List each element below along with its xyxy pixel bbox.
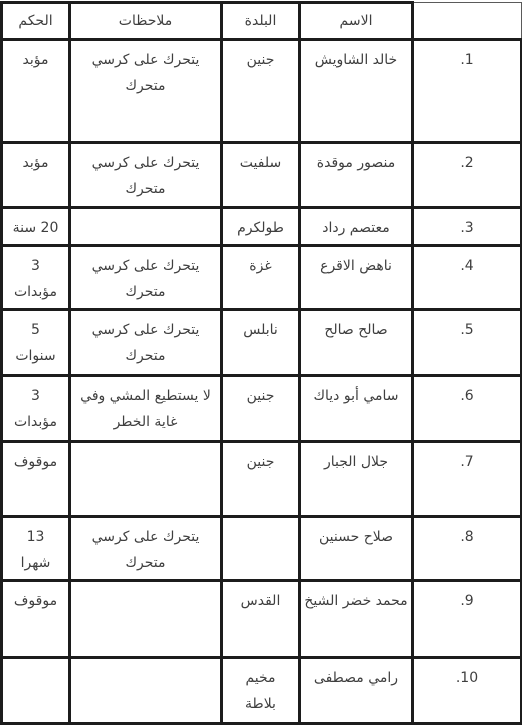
table-row: .9 محمد خضر الشيخ القدس موقوف — [1, 581, 521, 658]
cell-name: رامي مصطفى — [299, 658, 412, 724]
cell-name: معتصم رداد — [299, 208, 412, 246]
table-body: .1 خالد الشاويش جنين يتحرك على كرسي متحر… — [1, 40, 521, 724]
cell-notes: يتحرك على كرسي متحرك — [69, 517, 221, 581]
cell-notes: يتحرك على كرسي متحرك — [69, 40, 221, 143]
cell-name: صالح صالح — [299, 310, 412, 376]
cell-number: .4 — [412, 246, 521, 310]
cell-number: .9 — [412, 581, 521, 658]
cell-name: منصور موقدة — [299, 143, 412, 208]
cell-sentence: موقوف — [1, 581, 69, 658]
cell-number: .2 — [412, 143, 521, 208]
page: { "page": { "background_color": "#ffffff… — [0, 1, 522, 725]
table-row: .5 صالح صالح نابلس يتحرك على كرسي متحرك … — [1, 310, 521, 376]
cell-sentence: مؤبد — [1, 143, 69, 208]
cell-notes: لا يستطيع المشي وفي غاية الخطر — [69, 376, 221, 442]
cell-town: جنين — [221, 40, 299, 143]
cell-notes: يتحرك على كرسي متحرك — [69, 143, 221, 208]
cell-town: مخيم بلاطة — [221, 658, 299, 724]
cell-number: .8 — [412, 517, 521, 581]
cell-notes — [69, 208, 221, 246]
table-row: .4 ناهض الاقرع غزة يتحرك على كرسي متحرك … — [1, 246, 521, 310]
cell-town: جنين — [221, 442, 299, 517]
header-name: الاسم — [299, 3, 412, 40]
cell-sentence — [1, 658, 69, 724]
cell-sentence: 3 مؤبدات — [1, 246, 69, 310]
prisoners-table: الاسم البلدة ملاحظات الحكم .1 خالد الشاو… — [0, 1, 522, 725]
cell-notes: يتحرك على كرسي متحرك — [69, 310, 221, 376]
cell-name: خالد الشاويش — [299, 40, 412, 143]
cell-number: .1 — [412, 40, 521, 143]
cell-name: صلاح حسنين — [299, 517, 412, 581]
cell-town: سلفيت — [221, 143, 299, 208]
table-row: .1 خالد الشاويش جنين يتحرك على كرسي متحر… — [1, 40, 521, 143]
header-sentence: الحكم — [1, 3, 69, 40]
cell-town: القدس — [221, 581, 299, 658]
cell-name: ناهض الاقرع — [299, 246, 412, 310]
cell-notes — [69, 581, 221, 658]
cell-sentence: موقوف — [1, 442, 69, 517]
cell-sentence: 5 سنوات — [1, 310, 69, 376]
header-number — [412, 3, 521, 40]
cell-number: .10 — [412, 658, 521, 724]
table-row: .3 معتصم رداد طولكرم 20 سنة — [1, 208, 521, 246]
cell-town: نابلس — [221, 310, 299, 376]
table-row: .8 صلاح حسنين يتحرك على كرسي متحرك 13 شه… — [1, 517, 521, 581]
table-row: .2 منصور موقدة سلفيت يتحرك على كرسي متحر… — [1, 143, 521, 208]
cell-town: طولكرم — [221, 208, 299, 246]
header-town: البلدة — [221, 3, 299, 40]
table-row: .6 سامي أبو دياك جنين لا يستطيع المشي وف… — [1, 376, 521, 442]
table-row: .10 رامي مصطفى مخيم بلاطة — [1, 658, 521, 724]
cell-number: .3 — [412, 208, 521, 246]
cell-number: .5 — [412, 310, 521, 376]
cell-notes — [69, 442, 221, 517]
cell-number: .6 — [412, 376, 521, 442]
cell-notes: يتحرك على كرسي متحرك — [69, 246, 221, 310]
cell-town — [221, 517, 299, 581]
cell-number: .7 — [412, 442, 521, 517]
cell-sentence: 13 شهرا — [1, 517, 69, 581]
cell-notes — [69, 658, 221, 724]
header-notes: ملاحظات — [69, 3, 221, 40]
cell-name: محمد خضر الشيخ — [299, 581, 412, 658]
cell-sentence: 3 مؤبدات — [1, 376, 69, 442]
cell-town: جنين — [221, 376, 299, 442]
cell-name: جلال الجبار — [299, 442, 412, 517]
cell-sentence: 20 سنة — [1, 208, 69, 246]
cell-sentence: مؤبد — [1, 40, 69, 143]
cell-name: سامي أبو دياك — [299, 376, 412, 442]
table-row: .7 جلال الجبار جنين موقوف — [1, 442, 521, 517]
header-row: الاسم البلدة ملاحظات الحكم — [1, 3, 521, 40]
cell-town: غزة — [221, 246, 299, 310]
